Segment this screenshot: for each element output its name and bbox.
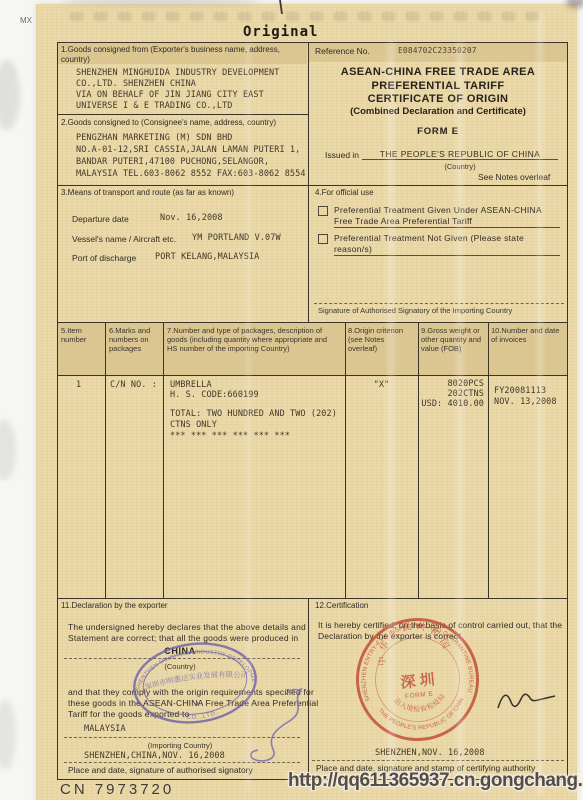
- row-description-line: TOTAL: TWO HUNDRED AND TWO (202): [170, 409, 337, 420]
- exporter-line: VIA ON BEHALF OF JIN JIANG CITY EAST: [76, 90, 264, 101]
- option1-line1: Preferential Treatment Given Under ASEAN…: [334, 205, 542, 215]
- divider: [418, 322, 419, 598]
- consignee-line: PENGZHAN MARKETING (M) SDN BHD: [76, 133, 233, 144]
- exporter-line: CO.,LTD. SHENZHEN CHINA: [76, 79, 196, 90]
- divider: [345, 322, 346, 598]
- row-quantity-line: USD: 4010.00: [412, 399, 484, 410]
- row-marks: C/N NO. :: [110, 380, 157, 391]
- box4-title: 4.For official use: [315, 188, 374, 198]
- cert-title-line2: PREFERENTIAL TARIFF: [313, 80, 563, 92]
- official-signature-line: [314, 303, 564, 304]
- form-name: FORM E: [313, 126, 563, 137]
- divider: [57, 322, 568, 323]
- exporter-place-date: SHENZHEN,CHINA,NOV. 16,2008: [84, 751, 225, 762]
- row-origin-criterion: "X": [345, 380, 418, 391]
- stamp-city-name: 深 圳: [400, 670, 436, 691]
- doc-type-title: Original: [243, 24, 318, 40]
- divider: [57, 114, 308, 115]
- certifying-authority-stamp: SHENZHEN ENTRY-EXIT INSPECTION AND QUARA…: [338, 600, 497, 759]
- consignee-line: MALAYSIA TEL.603-8062 8552 FAX:603-8062 …: [76, 169, 306, 180]
- authority-signature-line: [312, 760, 564, 761]
- scan-smudge: [0, 700, 16, 770]
- divider: [105, 322, 106, 598]
- col-header-description: 7.Number and type of packages, descripti…: [167, 326, 339, 353]
- issued-in-label: Issued in: [325, 150, 359, 160]
- cert-subtitle: (Combined Declaration and Certificate): [313, 106, 563, 117]
- col-header-gross: 9.Gross weight or other quantity and val…: [421, 326, 485, 353]
- exported-to-country: MALAYSIA: [84, 724, 126, 735]
- option1-line2: Free Trade Area Preferential Tariff: [334, 216, 472, 226]
- port-of-discharge-label: Port of discharge: [72, 253, 136, 263]
- official-signature-caption: Signature of Authorised Signatory of the…: [318, 306, 564, 315]
- port-of-discharge-value: PORT KELANG,MALAYSIA: [155, 252, 259, 263]
- box2-title: 2.Goods consigned to (Consignee's name, …: [61, 118, 307, 128]
- vessel-label: Vessel's name / Aircraft etc.: [72, 234, 176, 244]
- checkbox-unchecked-icon: [318, 234, 328, 244]
- divider: [57, 185, 568, 186]
- cert-title-line3: CERTIFICATE OF ORIGIN: [313, 93, 563, 105]
- divider: [57, 375, 568, 376]
- col-header-marks: 6.Marks and numbers on packages: [109, 326, 159, 353]
- consignee-line: BANDAR PUTERI,47100 PUCHONG,SELANGOR,: [76, 157, 269, 168]
- scan-streak: [537, 10, 543, 796]
- scan-smudge: [0, 60, 20, 130]
- col-header-item: 5.Item number: [61, 326, 103, 344]
- scanned-certificate-page: MX Original 1.Goods consigned from (Expo…: [0, 0, 583, 800]
- divider: [488, 322, 489, 598]
- scan-smudge: [0, 420, 16, 480]
- box11-title: 11.Declaration by the exporter: [61, 601, 168, 611]
- form-serial-number: CN 7973720: [60, 781, 174, 798]
- stamp-form-label: FORM E: [405, 690, 434, 700]
- col-header-invoice: 10.Number and date of invoices: [491, 326, 563, 344]
- scan-streak: [246, 42, 251, 790]
- show-through-text: [70, 12, 540, 21]
- row-description-line: *** *** *** *** *** ***: [170, 431, 290, 442]
- option1-underline: [334, 227, 560, 228]
- box12-title: 12.Certification: [315, 601, 368, 611]
- consignee-line: NO.A-01-12,SRI CASSIA,JALAN LAMAN PUTERI…: [76, 145, 300, 156]
- option2-line2: reason/s): [334, 244, 372, 254]
- departure-date-value: Nov. 16,2008: [160, 213, 223, 224]
- option2-underline: [334, 255, 560, 256]
- option2-line1: Preferential Treatment Not Given (Please…: [334, 233, 524, 243]
- cert-title-line1: ASEAN-CHINA FREE TRADE AREA: [313, 66, 563, 78]
- stamp-star-icon: ★: [194, 699, 201, 708]
- watermark-url: http://qq611365937.cn.gongchang.com: [288, 770, 583, 792]
- corner-label: MX: [20, 16, 32, 25]
- scan-streak: [387, 42, 395, 790]
- box3-title: 3.Means of transport and route (as far a…: [61, 188, 307, 198]
- reference-number: E084702C23350207: [398, 45, 477, 56]
- exporter-line: UNIVERSE I & E TRADING CO.,LTD: [76, 101, 233, 112]
- departure-date-label: Departure date: [72, 214, 129, 224]
- exporter-signature-caption: Place and date, signature of authorised …: [68, 765, 253, 775]
- divider: [163, 322, 164, 598]
- exporter-signature-handwriting: [230, 680, 320, 775]
- row-invoice-line: NOV. 13,2008: [494, 397, 557, 408]
- col-header-origin: 8.Origin criterion (see Notes overleaf): [348, 326, 412, 353]
- row-item-number: 1: [76, 380, 81, 391]
- divider: [308, 42, 309, 322]
- pen-stroke-mark: [270, 0, 290, 16]
- checkbox-unchecked-icon: [318, 206, 328, 216]
- row-description-line: CTNS ONLY: [170, 420, 217, 431]
- reference-label: Reference No.: [315, 46, 370, 56]
- box1-title: 1.Goods consigned from (Exporter's busin…: [61, 45, 307, 64]
- vessel-value: YM PORTLAND V.07W: [192, 233, 281, 244]
- scan-streak: [456, 42, 464, 790]
- divider: [57, 598, 568, 599]
- authority-signature-handwriting: [490, 680, 560, 720]
